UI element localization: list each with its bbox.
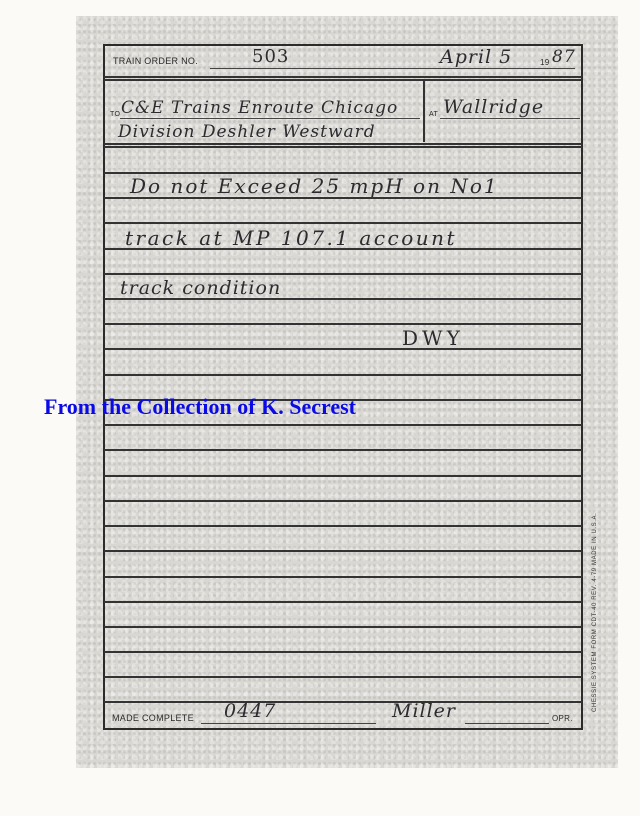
ruled-line bbox=[104, 525, 582, 527]
to-line-1: C&E Trains Enroute Chicago bbox=[121, 98, 398, 118]
collection-watermark: From the Collection of K. Secrest bbox=[44, 394, 356, 420]
order-text-line-2: track at MP 107.1 account bbox=[125, 226, 457, 250]
train-order-number: 503 bbox=[252, 46, 289, 67]
made-complete-label: MADE COMPLETE bbox=[112, 713, 194, 723]
at-underline bbox=[440, 118, 580, 119]
header-divider-double bbox=[104, 79, 582, 81]
ruled-line bbox=[104, 500, 582, 502]
ruled-line bbox=[104, 701, 582, 703]
to-line-2: Division Deshler Westward bbox=[118, 122, 376, 142]
ruled-line bbox=[104, 374, 582, 376]
at-label: AT bbox=[429, 111, 438, 118]
date-underline bbox=[435, 68, 575, 69]
order-date: April 5 bbox=[440, 46, 512, 68]
header-divider bbox=[104, 76, 582, 78]
operator-underline bbox=[465, 723, 549, 724]
year-suffix: 87 bbox=[552, 47, 576, 67]
to-line-1-underline bbox=[120, 118, 420, 119]
ruled-line bbox=[104, 222, 582, 224]
opr-label: OPR. bbox=[552, 714, 573, 723]
train-order-label: TRAIN ORDER NO. bbox=[113, 56, 198, 66]
ruled-line bbox=[104, 626, 582, 628]
ruled-line bbox=[104, 424, 582, 426]
at-station: Wallridge bbox=[443, 96, 544, 118]
order-text-line-3: track condition bbox=[120, 277, 281, 299]
ruled-line bbox=[104, 348, 582, 350]
made-complete-underline bbox=[201, 723, 376, 724]
addressee-divider bbox=[104, 143, 582, 145]
ruled-line bbox=[104, 550, 582, 552]
addressee-divider-double bbox=[104, 146, 582, 148]
ruled-line bbox=[104, 651, 582, 653]
made-complete-time: 0447 bbox=[224, 700, 276, 722]
ruled-line bbox=[104, 323, 582, 325]
ruled-line bbox=[104, 475, 582, 477]
ruled-line bbox=[104, 576, 582, 578]
year-prefix: 19 bbox=[540, 58, 550, 67]
order-text-line-1: Do not Exceed 25 mpH on No1 bbox=[130, 174, 499, 198]
ruled-line bbox=[104, 449, 582, 451]
operator-signature: Miller bbox=[392, 700, 456, 722]
ruled-line bbox=[104, 273, 582, 275]
ruled-line bbox=[104, 601, 582, 603]
to-label: TO bbox=[110, 111, 120, 118]
ruled-line bbox=[104, 676, 582, 678]
form-side-print: CHESSIE SYSTEM FORM CDT-40 REV. 4-79 MAD… bbox=[592, 513, 598, 712]
train-order-underline bbox=[210, 68, 435, 69]
dispatcher-initials: DWY bbox=[402, 326, 464, 350]
to-at-divider bbox=[423, 80, 425, 142]
